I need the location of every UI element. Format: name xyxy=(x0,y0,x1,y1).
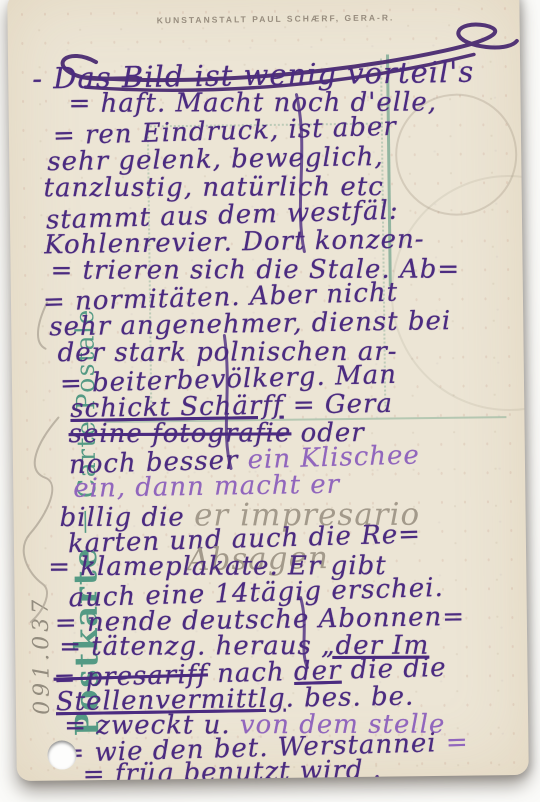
handwriting-segment: = xyxy=(445,727,469,758)
handwriting-segment: = Gera xyxy=(283,389,393,421)
faint-pencil-circle xyxy=(389,174,528,413)
handwriting-segment: = früg benutzt wird . xyxy=(83,755,383,781)
printer-imprint: KUNSTANSTALT PAUL SCHÆRF, GERA-R. xyxy=(145,12,405,25)
pencil-inventory-number: 091.037 xyxy=(29,596,55,715)
handwriting-line: = früg benutzt wird . xyxy=(83,755,383,781)
handwriting-segment: die die xyxy=(341,653,447,686)
postcard: KUNSTANSTALT PAUL SCHÆRF, GERA-R. Postka… xyxy=(7,0,529,781)
handwriting-layer: - Das Bild ist wenig vorteil's= haft. Ma… xyxy=(7,0,529,3)
postcard-surface: KUNSTANSTALT PAUL SCHÆRF, GERA-R. Postka… xyxy=(7,0,529,781)
